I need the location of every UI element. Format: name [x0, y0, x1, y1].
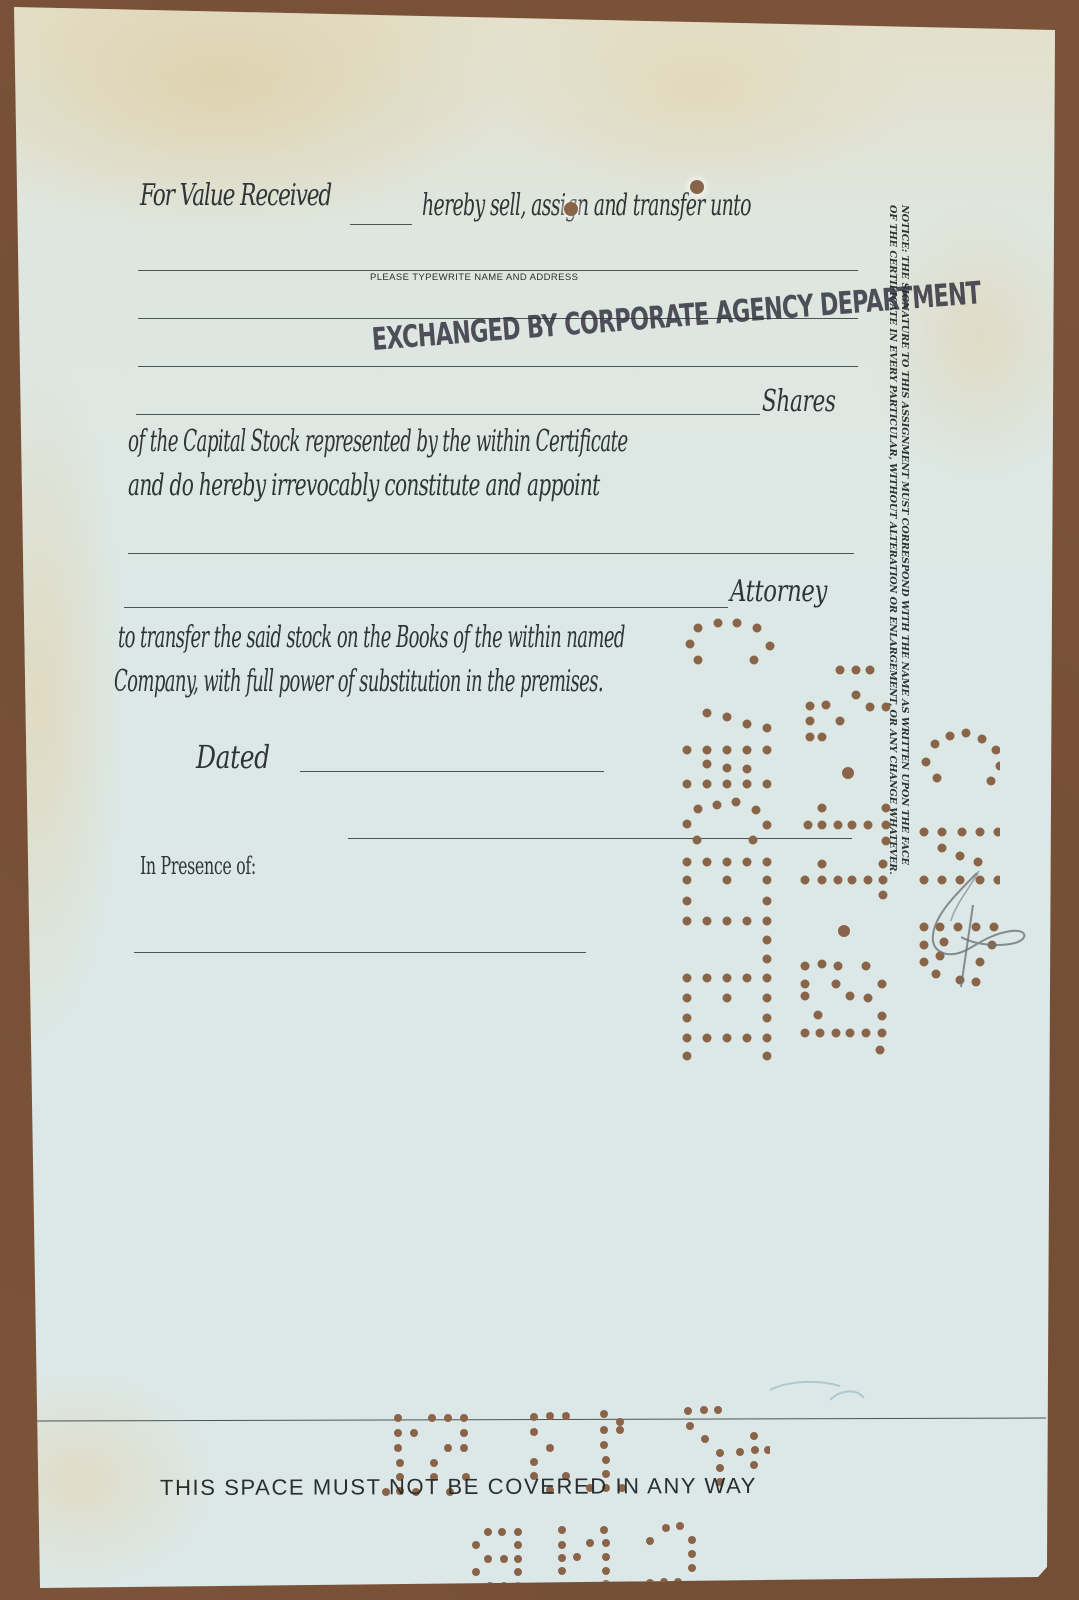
perforated-cancellation-mark: [640, 590, 1000, 1070]
for-value-received-label: For Value Received: [140, 178, 331, 213]
dated-label: Dated: [196, 738, 270, 776]
rule-shares: [136, 414, 760, 415]
staple-hole: [564, 202, 578, 216]
sell-assign-transfer-text: hereby sell, assign and transfer unto: [422, 188, 751, 223]
in-presence-of-label: In Presence of:: [140, 852, 256, 880]
rule-value-received: [350, 224, 412, 225]
certificate-paper: For Value Received hereby sell, assign a…: [0, 0, 1079, 1600]
faint-ink-mark: [760, 1370, 880, 1420]
company-substitution-text: Company, with full power of substitution…: [114, 664, 603, 699]
shares-label: Shares: [762, 384, 836, 419]
rule-attorney: [124, 607, 728, 608]
staple-hole: [690, 180, 704, 194]
rule-assignee-address-2: [138, 366, 858, 367]
rule-attorney-name: [128, 553, 854, 554]
space-not-covered-warning: THIS SPACE MUST NOT BE COVERED IN ANY WA…: [160, 1473, 757, 1501]
transfer-books-text: to transfer the said stock on the Books …: [118, 620, 625, 655]
rule-assignee-name: [138, 270, 858, 271]
typewrite-caption: PLEASE TYPEWRITE NAME AND ADDRESS: [370, 272, 578, 283]
pencil-initials-mark: [915, 865, 1035, 995]
appoint-text: and do hereby irrevocably constitute and…: [128, 468, 600, 503]
capital-stock-text: of the Capital Stock represented by the …: [128, 424, 628, 459]
rule-date: [300, 771, 604, 772]
rule-witness: [134, 952, 586, 953]
